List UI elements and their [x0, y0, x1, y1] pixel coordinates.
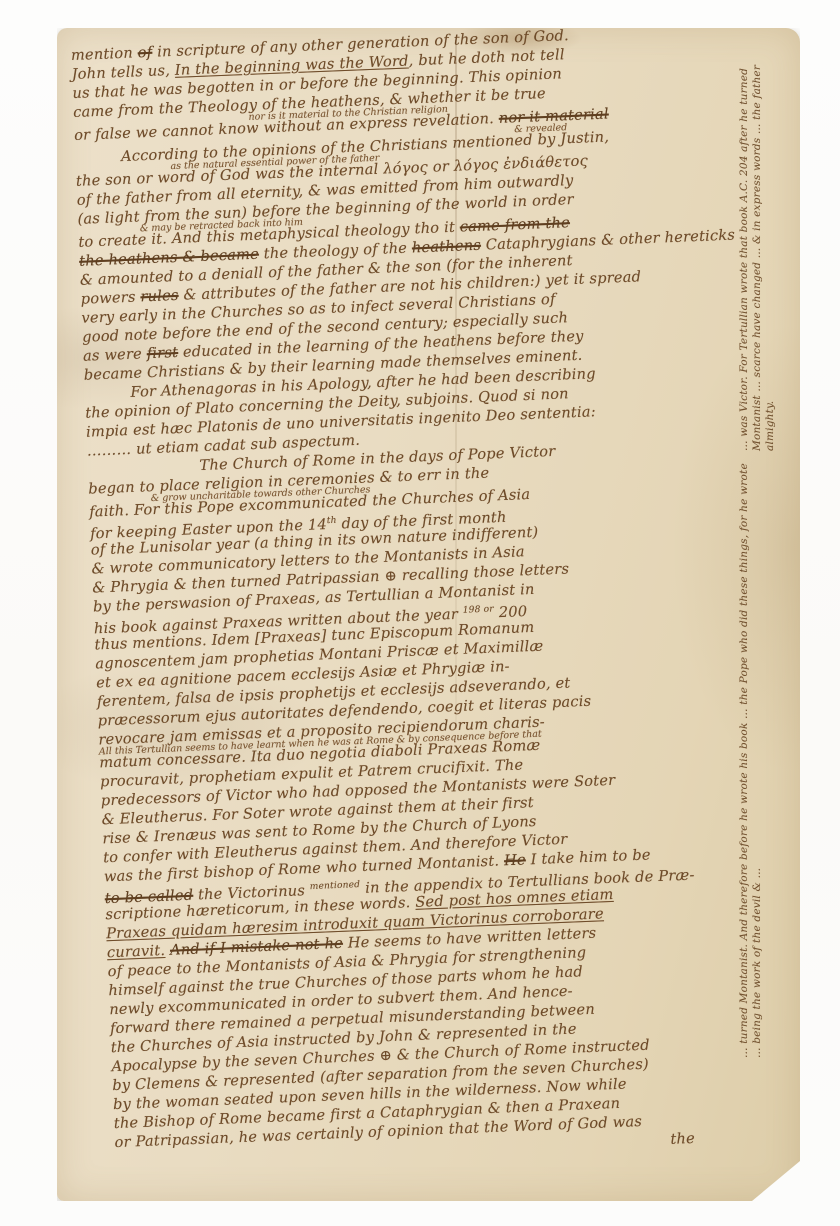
margin-note-top-right: … was Victor. For Tertullian wrote that … [738, 36, 796, 451]
margin-note-mid-right: … turned Montanist. And therefore before… [738, 458, 796, 1058]
manuscript-paper: mention of in scripture of any other gen… [57, 28, 800, 1201]
manuscript-lines: mention of in scripture of any other gen… [71, 21, 744, 1171]
